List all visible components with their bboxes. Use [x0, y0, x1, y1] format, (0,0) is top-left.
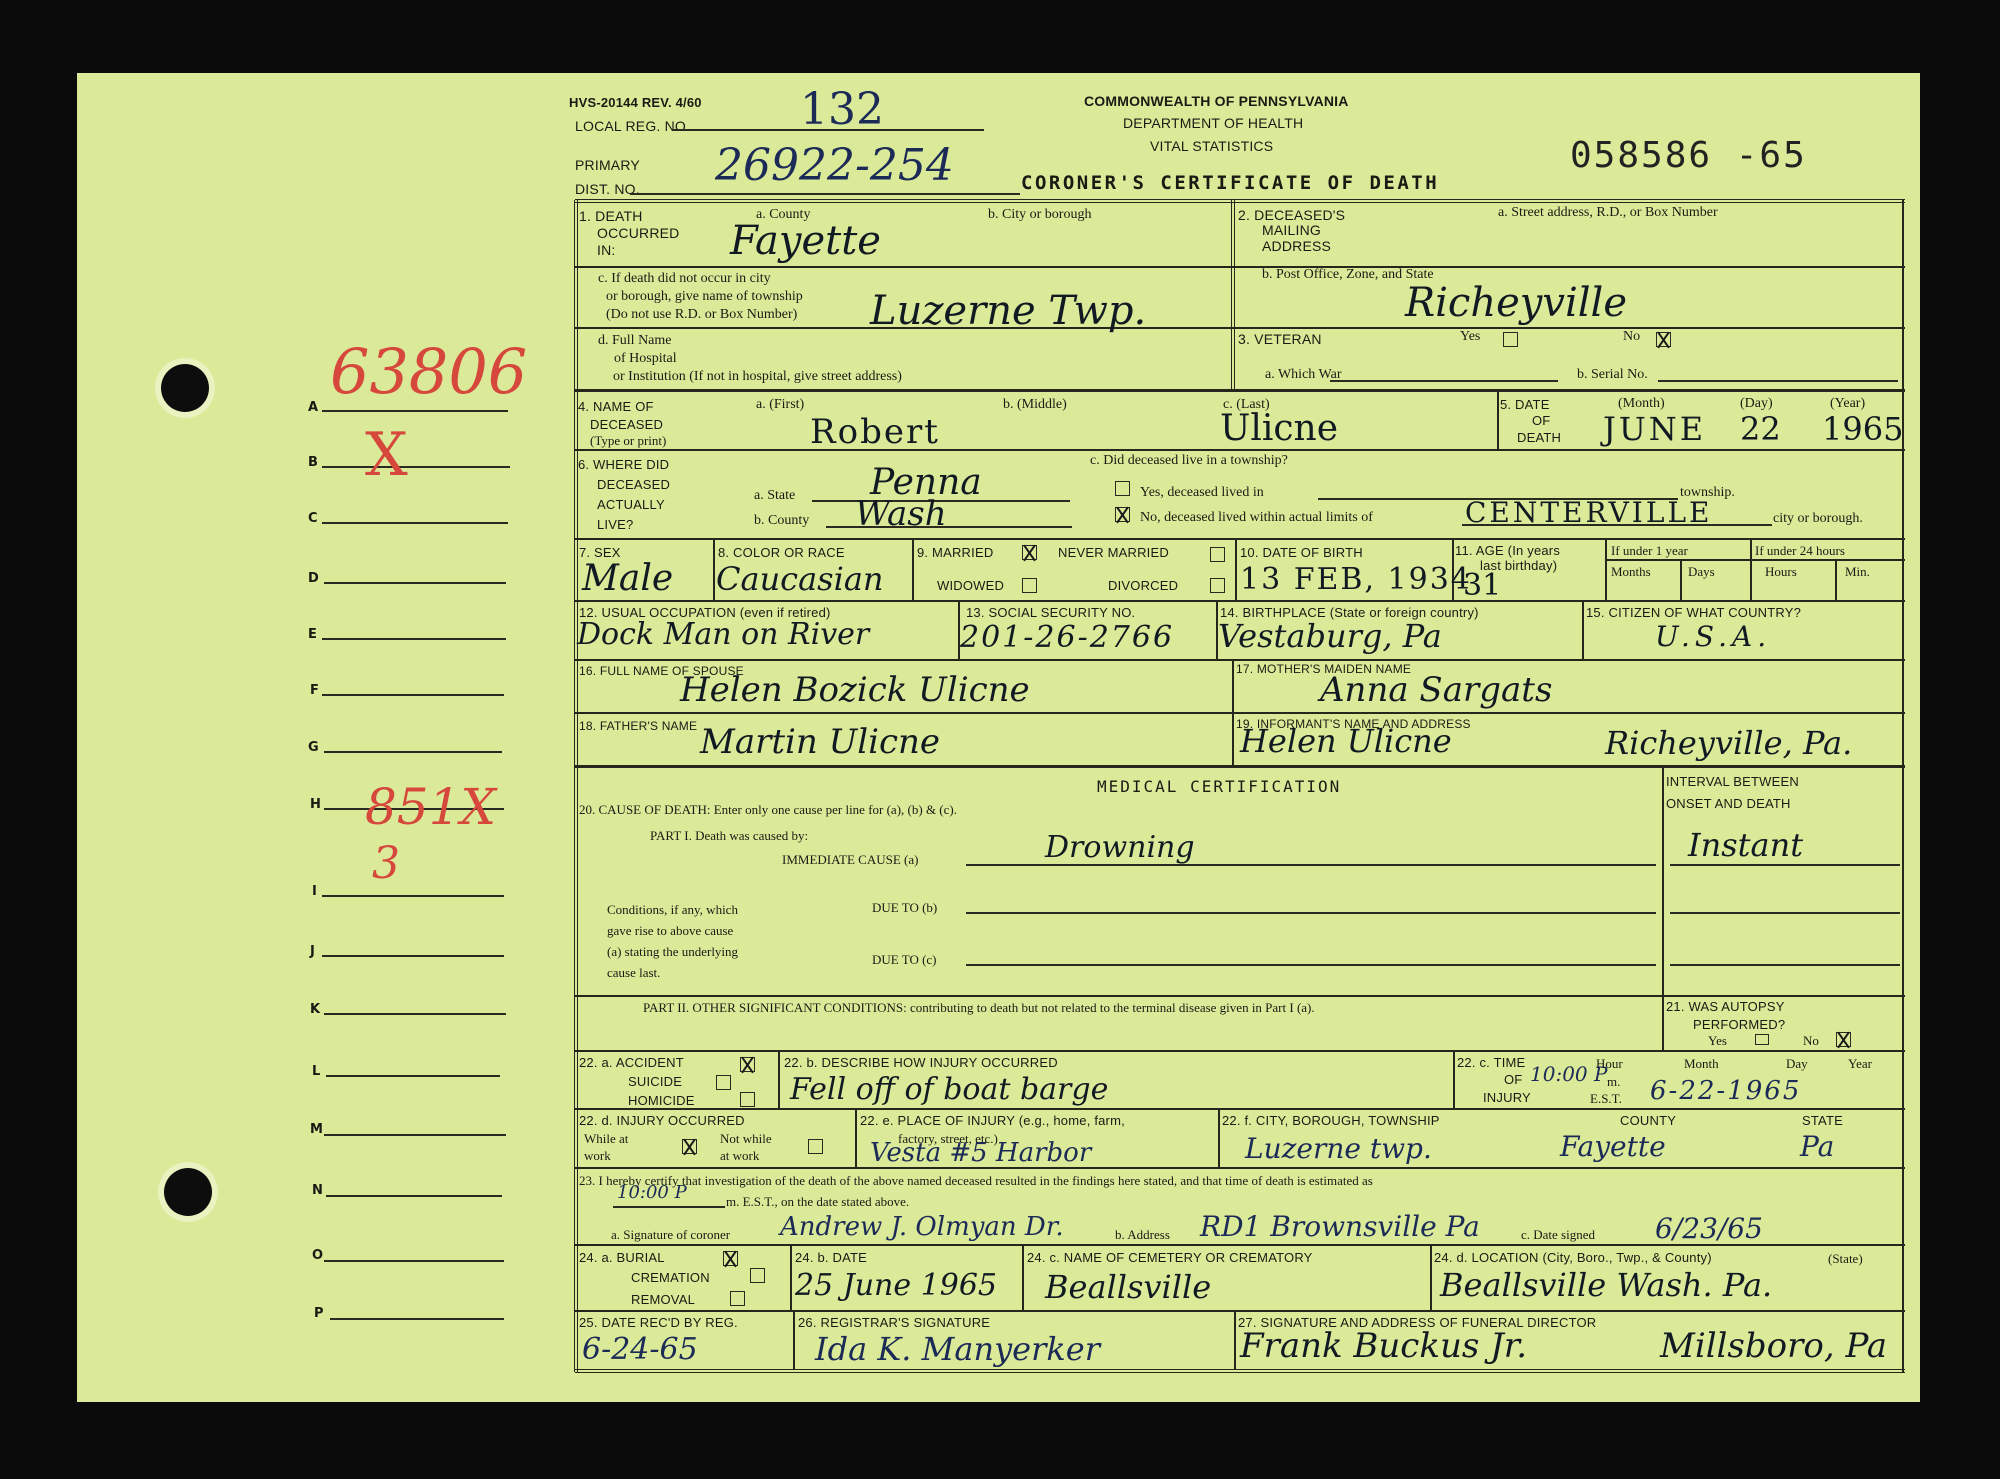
due-to-b-label: DUE TO (b) — [872, 899, 937, 916]
township-label: (Do not use R.D. or Box Number) — [606, 306, 797, 323]
date-signed-label: c. Date signed — [1521, 1226, 1595, 1243]
homicide-checkbox[interactable] — [740, 1092, 755, 1107]
removal-checkbox[interactable] — [730, 1291, 745, 1306]
margin-note-h: 851X — [365, 778, 496, 836]
residence-label: DECEASED — [597, 477, 670, 493]
part1-label: PART I. Death was caused by: — [650, 827, 808, 844]
days-label: Days — [1688, 563, 1715, 580]
punch-hole — [161, 364, 209, 412]
coroner-address-label: b. Address — [1115, 1226, 1170, 1243]
margin-letter: K — [310, 1002, 320, 1017]
hospital-label: d. Full Name — [598, 332, 672, 349]
accident-label: 22. a. ACCIDENT — [579, 1055, 684, 1071]
injury-city-value: Luzerne twp. — [1245, 1132, 1432, 1165]
residence-county-label: b. County — [754, 512, 809, 529]
stamped-certificate-number: 058586 -65 — [1570, 135, 1807, 176]
margin-letter: A — [308, 400, 318, 415]
injury-year-label: Year — [1848, 1055, 1872, 1072]
accident-checkbox[interactable] — [740, 1057, 755, 1072]
first-name-label: a. (First) — [756, 396, 804, 413]
ssn-label: 13. SOCIAL SECURITY NO. — [966, 605, 1135, 621]
race-value: Caucasian — [716, 560, 884, 598]
veteran-label: 3. VETERAN — [1238, 331, 1322, 347]
injury-county-label: COUNTY — [1620, 1113, 1676, 1129]
death-year-value: 1965 — [1822, 410, 1903, 448]
residence-label: LIVE? — [597, 517, 633, 533]
margin-note-a: 63806 — [330, 335, 527, 408]
margin-letter: H — [310, 797, 321, 812]
not-at-work-label: at work — [720, 1147, 759, 1164]
never-married-checkbox[interactable] — [1210, 547, 1225, 562]
while-at-work-label: While at — [584, 1130, 628, 1147]
citizenship-value: U.S.A. — [1655, 620, 1771, 653]
burial-state-label: (State) — [1828, 1250, 1863, 1267]
cemetery-value: Beallsville — [1045, 1268, 1211, 1306]
injury-description-label: 22. b. DESCRIBE HOW INJURY OCCURRED — [784, 1055, 1058, 1071]
burial-label: 24. a. BURIAL — [579, 1250, 665, 1266]
suicide-label: SUICIDE — [628, 1074, 682, 1090]
township-no-label: No, deceased lived within actual limits … — [1140, 509, 1373, 526]
citizenship-label: 15. CITIZEN OF WHAT COUNTRY? — [1586, 605, 1801, 621]
township-yes-checkbox[interactable] — [1115, 481, 1130, 496]
age-value: 31 — [1463, 568, 1501, 603]
name-label: 4. NAME OF — [578, 399, 654, 415]
interval-label: ONSET AND DEATH — [1666, 796, 1791, 812]
burial-date-label: 24. b. DATE — [795, 1250, 867, 1266]
township-question-label: c. Did deceased live in a township? — [1090, 452, 1288, 469]
place-of-injury-value: Vesta #5 Harbor — [870, 1138, 1091, 1168]
birth-date-label: 10. DATE OF BIRTH — [1240, 545, 1363, 561]
not-at-work-label: Not while — [720, 1130, 772, 1147]
margin-letter: B — [308, 455, 318, 470]
time-of-injury-label: OF — [1504, 1072, 1522, 1088]
date-signed-value: 6/23/65 — [1655, 1212, 1763, 1245]
suicide-checkbox[interactable] — [716, 1075, 731, 1090]
punch-hole — [164, 1168, 212, 1216]
occupation-value: Dock Man on River — [577, 617, 869, 652]
issuer-line: COMMONWEALTH OF PENNSYLVANIA — [1084, 93, 1349, 109]
informant-value: Helen Ulicne — [1240, 722, 1452, 760]
sex-value: Male — [582, 558, 673, 599]
city-borough-suffix: city or borough. — [1773, 510, 1863, 527]
immediate-cause-label: IMMEDIATE CAUSE (a) — [782, 851, 918, 868]
form-title: CORONER'S CERTIFICATE OF DEATH — [1021, 172, 1439, 194]
residence-label: ACTUALLY — [597, 497, 665, 513]
injury-state-label: STATE — [1802, 1113, 1843, 1129]
hospital-label: of Hospital — [614, 350, 677, 367]
married-checkbox[interactable] — [1022, 545, 1037, 560]
name-label: DECEASED — [590, 417, 663, 433]
registrar-signature-label: 26. REGISTRAR'S SIGNATURE — [798, 1315, 990, 1331]
burial-location-value: Beallsville Wash. Pa. — [1440, 1266, 1772, 1304]
father-name-value: Martin Ulicne — [700, 722, 940, 762]
spouse-value: Helen Bozick Ulicne — [680, 670, 1030, 710]
autopsy-label: PERFORMED? — [1693, 1017, 1785, 1033]
not-at-work-checkbox[interactable] — [808, 1139, 823, 1154]
item2-label: ADDRESS — [1262, 238, 1331, 254]
veteran-yes-label: Yes — [1460, 328, 1480, 345]
injury-date-value: 6-22-1965 — [1650, 1076, 1801, 1106]
coroner-certification-text: 23. I hereby certify that investigation … — [579, 1172, 1373, 1189]
residence-label: 6. WHERE DID — [578, 457, 669, 473]
margin-note-h-sub: 3 — [372, 838, 400, 889]
conditions-note: gave rise to above cause — [607, 922, 733, 939]
medical-heading: MEDICAL CERTIFICATION — [1097, 777, 1341, 796]
removal-label: REMOVAL — [631, 1292, 695, 1308]
margin-letter: O — [312, 1248, 323, 1263]
burial-location-label: 24. d. LOCATION (City, Boro., Twp., & Co… — [1434, 1250, 1712, 1266]
margin-letter: N — [312, 1183, 323, 1198]
injury-month-label: Month — [1684, 1055, 1719, 1072]
cemetery-label: 24. c. NAME OF CEMETERY OR CREMATORY — [1027, 1250, 1313, 1266]
city-borough-value: CENTERVILLE — [1465, 496, 1712, 529]
coroner-signature-value: Andrew J. Olmyan Dr. — [780, 1212, 1064, 1242]
divorced-checkbox[interactable] — [1210, 578, 1225, 593]
street-label: a. Street address, R.D., or Box Number — [1498, 204, 1718, 221]
birth-date-value: 13 FEB, 1934 — [1240, 562, 1472, 597]
veteran-no-checkbox[interactable] — [1656, 332, 1671, 347]
burial-date-value: 25 June 1965 — [795, 1268, 997, 1303]
hours-label: Hours — [1765, 563, 1797, 580]
item2-label: 2. DECEASED'S — [1238, 207, 1345, 223]
township-yes-label: Yes, deceased lived in — [1140, 484, 1264, 501]
township-label: or borough, give name of township — [606, 288, 803, 305]
margin-letter: D — [308, 571, 319, 586]
state-label: a. State — [754, 487, 795, 504]
months-label: Months — [1611, 563, 1651, 580]
autopsy-no-label: No — [1803, 1032, 1819, 1049]
death-day-value: 22 — [1740, 410, 1781, 448]
margin-letter: M — [310, 1122, 323, 1137]
while-at-work-checkbox[interactable] — [682, 1139, 697, 1154]
margin-note-b: X — [365, 420, 408, 490]
while-at-work-label: work — [584, 1147, 611, 1164]
father-name-label: 18. FATHER'S NAME — [579, 718, 697, 734]
interval-label: INTERVAL BETWEEN — [1666, 774, 1799, 790]
due-to-c-label: DUE TO (c) — [872, 951, 937, 968]
dist-value: 26922-254 — [715, 140, 954, 191]
never-married-label: NEVER MARRIED — [1058, 545, 1169, 561]
post-office-value: Richeyville — [1405, 280, 1627, 326]
homicide-label: HOMICIDE — [628, 1093, 695, 1109]
injury-day-label: Day — [1786, 1055, 1808, 1072]
middle-name-label: b. (Middle) — [1003, 396, 1067, 413]
margin-letter: I — [312, 884, 317, 899]
under-1-year-label: If under 1 year — [1611, 542, 1688, 559]
age-label: 11. AGE (In years — [1455, 543, 1560, 559]
cremation-label: CREMATION — [631, 1270, 710, 1286]
injury-state-value: Pa — [1800, 1130, 1834, 1163]
margin-letter: G — [308, 740, 319, 755]
coroner-address-value: RD1 Brownsville Pa — [1200, 1210, 1480, 1243]
meridian-label: m. — [1607, 1073, 1620, 1090]
first-name-value: Robert — [810, 412, 940, 452]
divorced-label: DIVORCED — [1108, 578, 1178, 594]
widowed-checkbox[interactable] — [1022, 578, 1037, 593]
township-value: Luzerne Twp. — [870, 288, 1146, 334]
item1-label: OCCURRED — [597, 225, 680, 241]
estimated-time-suffix: m. E.S.T., on the date stated above. — [726, 1193, 909, 1210]
issuer-line: VITAL STATISTICS — [1150, 138, 1273, 154]
item2-label: MAILING — [1262, 222, 1321, 238]
date-received-label: 25. DATE REC'D BY REG. — [579, 1315, 738, 1331]
date-of-death-label: OF — [1532, 413, 1550, 429]
autopsy-yes-label: Yes — [1708, 1032, 1727, 1049]
margin-letter: F — [310, 683, 319, 698]
date-of-death-label: 5. DATE — [1500, 397, 1550, 413]
last-name-value: Ulicne — [1220, 408, 1338, 449]
cause-of-death-label: 20. CAUSE OF DEATH: Enter only one cause… — [579, 801, 957, 818]
veteran-yes-checkbox[interactable] — [1503, 332, 1518, 347]
margin-letter: L — [312, 1064, 320, 1079]
estimated-time-value: 10:00 P — [617, 1182, 687, 1203]
margin-letter: E — [308, 627, 317, 642]
serial-label: b. Serial No. — [1577, 366, 1648, 383]
injury-county-value: Fayette — [1560, 1130, 1666, 1163]
race-label: 8. COLOR OR RACE — [718, 545, 845, 561]
registrar-signature-value: Ida K. Manyerker — [815, 1330, 1100, 1368]
time-of-injury-label: 22. c. TIME — [1457, 1055, 1525, 1071]
margin-letter: J — [310, 944, 315, 959]
form-number: HVS-20144 REV. 4/60 — [569, 95, 702, 111]
hospital-label: or Institution (If not in hospital, give… — [613, 368, 902, 385]
local-reg-value: 132 — [800, 84, 884, 135]
birthplace-value: Vestaburg, Pa — [1218, 617, 1442, 655]
time-of-injury-value: 10:00 P — [1530, 1062, 1607, 1086]
autopsy-label: 21. WAS AUTOPSY — [1666, 999, 1785, 1015]
county-value: Fayette — [730, 218, 881, 264]
injury-city-label: 22. f. CITY, BOROUGH, TOWNSHIP — [1222, 1113, 1440, 1129]
city-label: b. City or borough — [988, 206, 1091, 223]
primary-label: PRIMARY — [575, 157, 640, 173]
mother-maiden-name-value: Anna Sargats — [1320, 670, 1552, 710]
margin-letter: C — [308, 511, 318, 526]
autopsy-no-checkbox[interactable] — [1836, 1032, 1851, 1047]
time-of-injury-label: INJURY — [1483, 1090, 1531, 1106]
issuer-line: DEPARTMENT OF HEALTH — [1123, 115, 1303, 131]
place-of-injury-label: 22. e. PLACE OF INJURY (e.g., home, farm… — [860, 1113, 1125, 1129]
autopsy-yes-checkbox[interactable] — [1755, 1034, 1769, 1045]
informant-address: Richeyville, Pa. — [1605, 724, 1852, 762]
part2-label: PART II. OTHER SIGNIFICANT CONDITIONS: c… — [643, 999, 1315, 1016]
minutes-label: Min. — [1845, 563, 1870, 580]
under-24-hours-label: If under 24 hours — [1755, 542, 1845, 559]
death-month-value: JUNE — [1603, 410, 1706, 448]
date-of-death-label: DEATH — [1517, 430, 1561, 446]
burial-checkbox[interactable] — [723, 1251, 738, 1266]
item1-label: IN: — [597, 242, 616, 258]
name-label: (Type or print) — [590, 432, 666, 449]
margin-letter: P — [314, 1306, 324, 1321]
est-label: E.S.T. — [1590, 1090, 1622, 1107]
coroner-signature-label: a. Signature of coroner — [611, 1226, 730, 1243]
local-reg-label: LOCAL REG. NO. — [575, 118, 690, 134]
interval-value: Instant — [1688, 826, 1803, 864]
immediate-cause-value: Drowning — [1045, 830, 1195, 865]
township-label: c. If death did not occur in city — [598, 270, 771, 287]
funeral-director-value: Frank Buckus Jr. — [1240, 1326, 1527, 1366]
conditions-note: (a) stating the underlying — [607, 943, 738, 960]
widowed-label: WIDOWED — [937, 578, 1004, 594]
married-label: 9. MARRIED — [917, 545, 993, 561]
conditions-note: Conditions, if any, which — [607, 901, 738, 918]
cremation-checkbox[interactable] — [750, 1268, 765, 1283]
date-received-value: 6-24-65 — [582, 1332, 698, 1367]
township-no-checkbox[interactable] — [1115, 507, 1130, 522]
injury-occurred-label: 22. d. INJURY OCCURRED — [579, 1113, 745, 1129]
item1-label: 1. DEATH — [579, 208, 643, 224]
ssn-value: 201-26-2766 — [960, 620, 1174, 655]
residence-county-value: Wash — [855, 494, 947, 534]
conditions-note: cause last. — [607, 964, 660, 981]
funeral-director-address: Millsboro, Pa — [1660, 1326, 1887, 1366]
veteran-no-label: No — [1623, 328, 1640, 345]
injury-description-value: Fell off of boat barge — [790, 1072, 1108, 1107]
